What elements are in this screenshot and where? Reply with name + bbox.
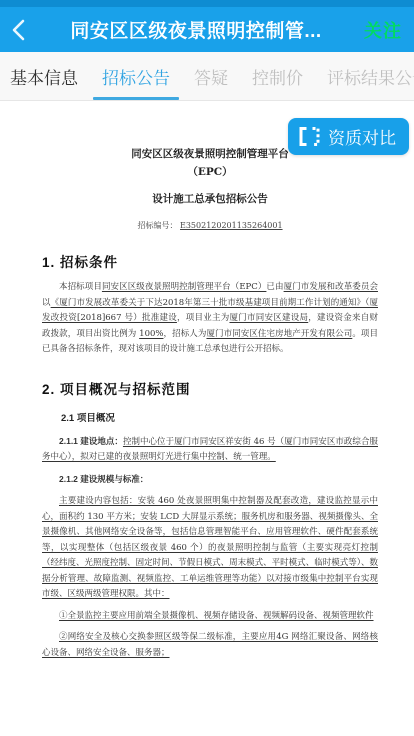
tab-bar: 基本信息招标公告答疑控制价评标结果公告 <box>0 52 414 101</box>
doc-paragraph: 本招标项目同安区区级夜景照明控制管理平台（EPC）已由厦门市发展和改革委员会以《… <box>42 280 378 358</box>
document-title-line3: 设计施工总承包招标公告 <box>42 190 378 208</box>
tab-3[interactable]: 控制价 <box>252 52 303 100</box>
tab-label: 评标结果公告 <box>327 64 414 89</box>
tender-reference-number: E3502120201135264001 <box>180 221 283 230</box>
document-viewport[interactable]: 资质对比 同安区区级夜景照明控制管理平台 （EPC） 设计施工总承包招标公告 招… <box>0 101 414 735</box>
doc-paragraph: ①全景监控主要应用前端全景摄像机、视频存储设备、视频解码设备、视频管理软件 <box>42 609 378 625</box>
qualification-compare-button[interactable]: 资质对比 <box>288 118 409 155</box>
chevron-left-icon <box>12 19 25 41</box>
page-title: 同安区区级夜景照明控制管... <box>38 16 354 43</box>
text-run: 同安区区级夜景照明控制管理平台（EPC） <box>102 282 266 292</box>
tab-4[interactable]: 评标结果公告 <box>327 52 414 100</box>
tab-0[interactable]: 基本信息 <box>10 52 78 100</box>
text-run: 已由 <box>266 282 283 292</box>
doc-heading: 2.1 项目概况 <box>42 410 378 424</box>
text-run: 厦门市发展和改革委员会 <box>284 282 378 292</box>
text-run: 主要建设内容包括：安装 460 处夜景照明集中控制器及配套改造，建设监控显示中心… <box>42 496 378 599</box>
compare-button-label: 资质对比 <box>328 124 396 149</box>
nav-bar: 同安区区级夜景照明控制管... 关注 <box>0 7 414 52</box>
doc-blocks: 1. 招标条件本招标项目同安区区级夜景照明控制管理平台（EPC）已由厦门市发展和… <box>42 251 378 661</box>
tender-document: 同安区区级夜景照明控制管理平台 （EPC） 设计施工总承包招标公告 招标编号： … <box>0 101 414 661</box>
text-run: 厦门市同安区建设局 <box>229 313 308 323</box>
doc-heading: 1. 招标条件 <box>42 251 378 271</box>
doc-paragraph: 主要建设内容包括：安装 460 处夜景照明集中控制器及配套改造，建设监控显示中心… <box>42 494 378 603</box>
doc-heading: 2. 项目概况与招标范围 <box>42 378 378 398</box>
tab-label: 基本信息 <box>10 64 78 89</box>
tender-reference-line: 招标编号： E3502120201135264001 <box>42 220 378 231</box>
text-run: ，项目业主为 <box>177 313 230 323</box>
document-title-line2: （EPC） <box>42 163 378 181</box>
text-run: ②网络安全及核心交换参照区级等保二级标准，主要应用4G 网络汇聚设备、网络核心设… <box>42 632 378 658</box>
text-run: 2.1.2 建设规模与标准： <box>59 474 148 484</box>
doc-paragraph: 2.1.1 建设地点：控制中心位于厦门市同安区祥安街 46 号（厦门市同安区市政… <box>42 434 378 466</box>
tab-1[interactable]: 招标公告 <box>102 52 170 100</box>
app-screen: 同安区区级夜景照明控制管... 关注 基本信息招标公告答疑控制价评标结果公告 资… <box>0 0 414 736</box>
tab-label: 答疑 <box>194 64 228 89</box>
follow-button[interactable]: 关注 <box>354 17 402 43</box>
doc-paragraph: 2.1.2 建设规模与标准： <box>42 472 378 489</box>
status-bar <box>0 0 414 7</box>
tender-reference-label: 招标编号： <box>137 221 177 230</box>
back-button[interactable] <box>12 15 38 45</box>
text-run: 厦门市同安区住宅房地产开发有限公司 <box>206 329 352 339</box>
tab-label: 招标公告 <box>102 64 170 89</box>
text-run: 本招标项目 <box>59 282 102 292</box>
tab-label: 控制价 <box>252 64 303 89</box>
text-run: 以 <box>42 298 51 308</box>
compare-brackets-icon <box>299 127 320 146</box>
text-run: 100% <box>139 329 163 339</box>
text-run: ①全景监控主要应用前端全景摄像机、视频存储设备、视频解码设备、视频管理软件 <box>59 611 374 621</box>
text-run: ，招标人为 <box>163 329 206 339</box>
text-run: 2.1.1 建设地点： <box>59 436 123 446</box>
doc-paragraph: ②网络安全及核心交换参照区级等保二级标准，主要应用4G 网络汇聚设备、网络核心设… <box>42 630 378 661</box>
tab-2[interactable]: 答疑 <box>194 52 228 100</box>
